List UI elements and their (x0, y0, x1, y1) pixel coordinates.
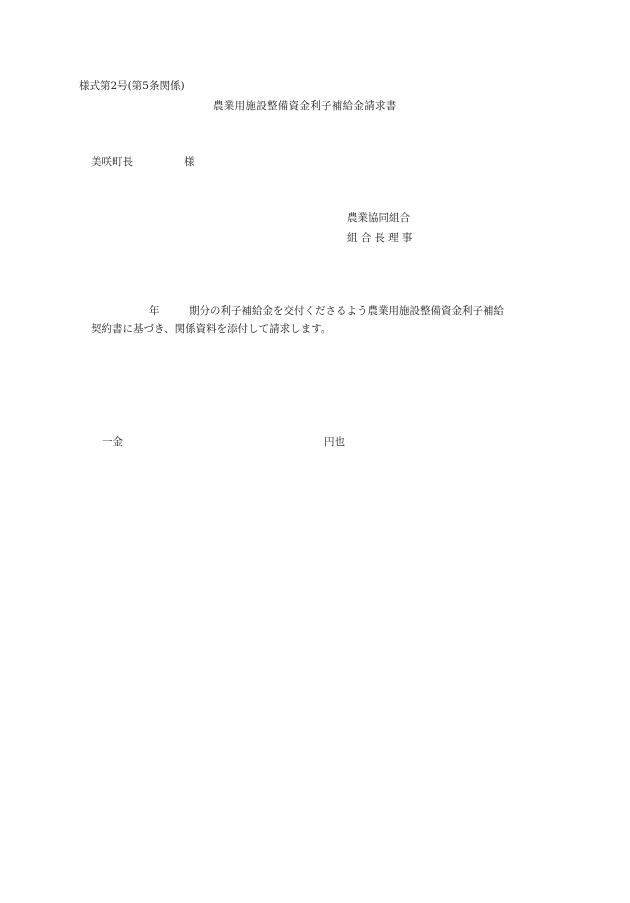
addressee-honorific: 様 (184, 157, 195, 168)
form-number: 様式第2号(第5条関係) (79, 81, 185, 92)
amount-prefix: 一金 (102, 437, 123, 448)
requester-role: 組合長理事 (347, 233, 416, 244)
body-text-line-1: 期分の利子補給金を交付くださるよう農業用施設整備資金利子補給 (189, 306, 504, 317)
requester-organization: 農業協同組合 (347, 213, 410, 224)
amount-suffix: 円也 (324, 437, 345, 448)
body-text-line-2: 契約書に基づき、関係資料を添付して請求します。 (91, 324, 331, 335)
body-year-label: 年 (149, 306, 160, 317)
document-title: 農業用施設整備資金利子補給金請求書 (213, 101, 397, 112)
addressee-name: 美咲町長 (91, 157, 133, 168)
